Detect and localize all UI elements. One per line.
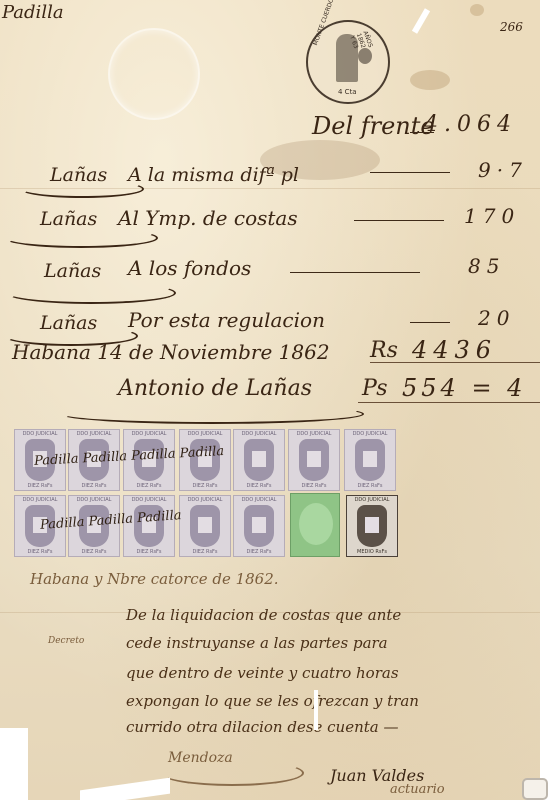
crest-icon bbox=[357, 505, 387, 547]
flourish bbox=[20, 180, 144, 198]
leader-line bbox=[290, 272, 420, 273]
entry-3-concept: A los fondos bbox=[128, 256, 251, 280]
entry-3-amount: 85 bbox=[468, 254, 505, 278]
entry-4-concept: Por esta regulacion bbox=[128, 308, 325, 332]
crest-icon bbox=[244, 439, 274, 481]
stamp-medio-real: DDO JUDICIALMEDIO RsFs bbox=[346, 495, 398, 557]
crest-icon bbox=[244, 505, 274, 547]
decree-line-2: cede instruyanse a las partes para bbox=[126, 634, 388, 652]
entry-2-payee: Lañas bbox=[40, 208, 97, 230]
stamp-diez-reales: DDO JUDICIALDIEZ RsFs bbox=[233, 429, 285, 491]
signature-right-title: actuario bbox=[390, 782, 445, 797]
entry-2-amount: 170 bbox=[464, 204, 520, 228]
leader-line bbox=[354, 220, 444, 221]
total-pesos-label: Ps bbox=[362, 376, 388, 401]
crest-icon bbox=[299, 439, 329, 481]
torn-edge bbox=[0, 728, 28, 800]
stamp-diez-reales: DDO JUDICIALDIEZ RsFs bbox=[288, 429, 340, 491]
margin-note: Decreto bbox=[48, 636, 84, 646]
embossed-seal-icon bbox=[108, 28, 200, 120]
carried-forward-amount: 4.064 bbox=[424, 112, 517, 137]
portrait-icon bbox=[299, 503, 333, 545]
decree-line-4: expongan lo que se les ofrezcan y tran bbox=[126, 692, 419, 710]
stamp-green-portrait bbox=[290, 493, 340, 557]
decree-line-1: De la liquidacion de costas que ante bbox=[126, 606, 401, 624]
document-paper: Padilla 266 MONTE CUERDO AÑOS 1862 Y 63 … bbox=[0, 0, 540, 800]
top-left-name: Padilla bbox=[2, 2, 64, 23]
seal-left-text: MONTE CUERDO bbox=[312, 0, 336, 46]
seal-value: 4 Cta bbox=[338, 88, 357, 96]
entry-1-concept: A la misma difª pl bbox=[128, 164, 299, 186]
total-underline bbox=[370, 362, 540, 363]
paper-crack bbox=[412, 8, 430, 34]
total-reales-label: Rs bbox=[370, 338, 398, 363]
pesos-underline bbox=[358, 402, 540, 403]
entry-2-concept: Al Ymp. de costas bbox=[118, 206, 298, 230]
stain bbox=[410, 70, 450, 90]
tax-seal-stamp-icon: MONTE CUERDO AÑOS 1862 Y 63 4 Cta bbox=[306, 20, 390, 104]
leader-line bbox=[370, 172, 450, 173]
crest-icon bbox=[190, 505, 220, 547]
decree-line-3: que dentro de veinte y cuatro horas bbox=[126, 664, 399, 682]
stamp-diez-reales: DDO JUDICIALDIEZ RsFs bbox=[344, 429, 396, 491]
page-number: 266 bbox=[500, 20, 523, 34]
stamp-diez-reales: DDO JUDICIALDIEZ RsFs bbox=[179, 495, 231, 557]
ledger-signature: Antonio de Lañas bbox=[118, 376, 312, 401]
torn-edge bbox=[80, 778, 170, 800]
decree-heading: Habana y Nbre catorce de 1862. bbox=[30, 570, 279, 588]
carried-forward-label: Del frente bbox=[312, 112, 435, 140]
total-reales-amount: 4436 bbox=[412, 336, 497, 364]
flourish bbox=[4, 228, 158, 248]
total-pesos-amount: 554 = 4 bbox=[402, 374, 526, 402]
camera-watermark-icon bbox=[522, 778, 548, 800]
stamp-diez-reales: DDO JUDICIALDIEZ RsFs bbox=[233, 495, 285, 557]
entry-3-payee: Lañas bbox=[44, 260, 101, 282]
paper-hole bbox=[314, 690, 318, 730]
entry-1-amount: 9·7 bbox=[478, 158, 528, 182]
flourish bbox=[6, 282, 176, 304]
decree-line-5: currido otra dilacion dese cuenta — bbox=[126, 718, 399, 736]
signature-flourish bbox=[60, 404, 364, 424]
scan-margin bbox=[540, 0, 556, 800]
place-date: Habana 14 de Noviembre 1862 bbox=[12, 340, 330, 364]
entry-4-amount: 20 bbox=[478, 306, 515, 330]
stain bbox=[470, 4, 484, 16]
revenue-stamps-block: DDO JUDICIALDIEZ RsFs DDO JUDICIALDIEZ R… bbox=[14, 429, 404, 561]
leader-line bbox=[410, 322, 450, 323]
flourish bbox=[160, 760, 304, 786]
crest-icon bbox=[355, 439, 385, 481]
